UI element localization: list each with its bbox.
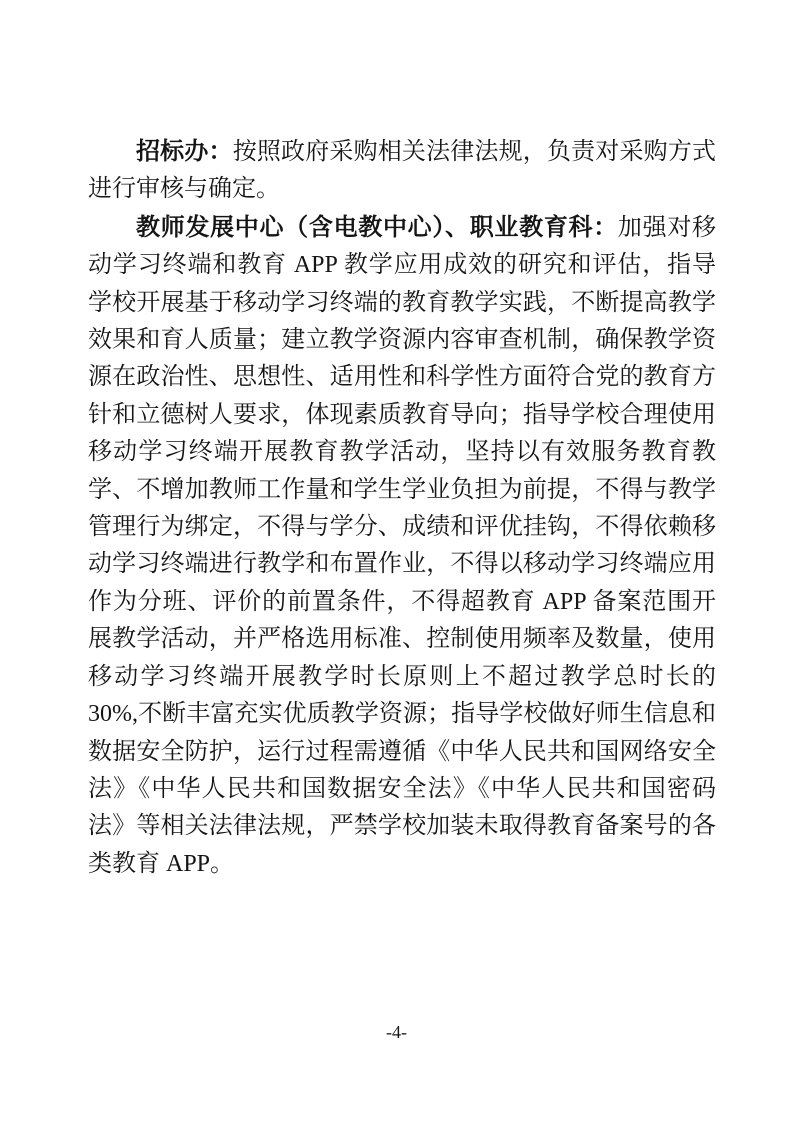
paragraph: 招标办：按照政府采购相关法律法规，负责对采购方式进行审核与确定。 (88, 133, 716, 209)
page-number: -4- (0, 1020, 793, 1044)
paragraph-lead-teacher-development-center: 教师发展中心（含电教中心）、职业教育科： (136, 214, 618, 241)
document-body: 招标办：按照政府采购相关法律法规，负责对采购方式进行审核与确定。 教师发展中心（… (88, 133, 716, 883)
paragraph-lead-bidding-office: 招标办： (136, 138, 233, 165)
paragraph-text: 加强对移动学习终端和教育 APP 教学应用成效的研究和评估，指导学校开展基于移动… (88, 215, 716, 877)
paragraph: 教师发展中心（含电教中心）、职业教育科：加强对移动学习终端和教育 APP 教学应… (88, 209, 716, 883)
document-page: 招标办：按照政府采购相关法律法规，负责对采购方式进行审核与确定。 教师发展中心（… (0, 0, 793, 1122)
